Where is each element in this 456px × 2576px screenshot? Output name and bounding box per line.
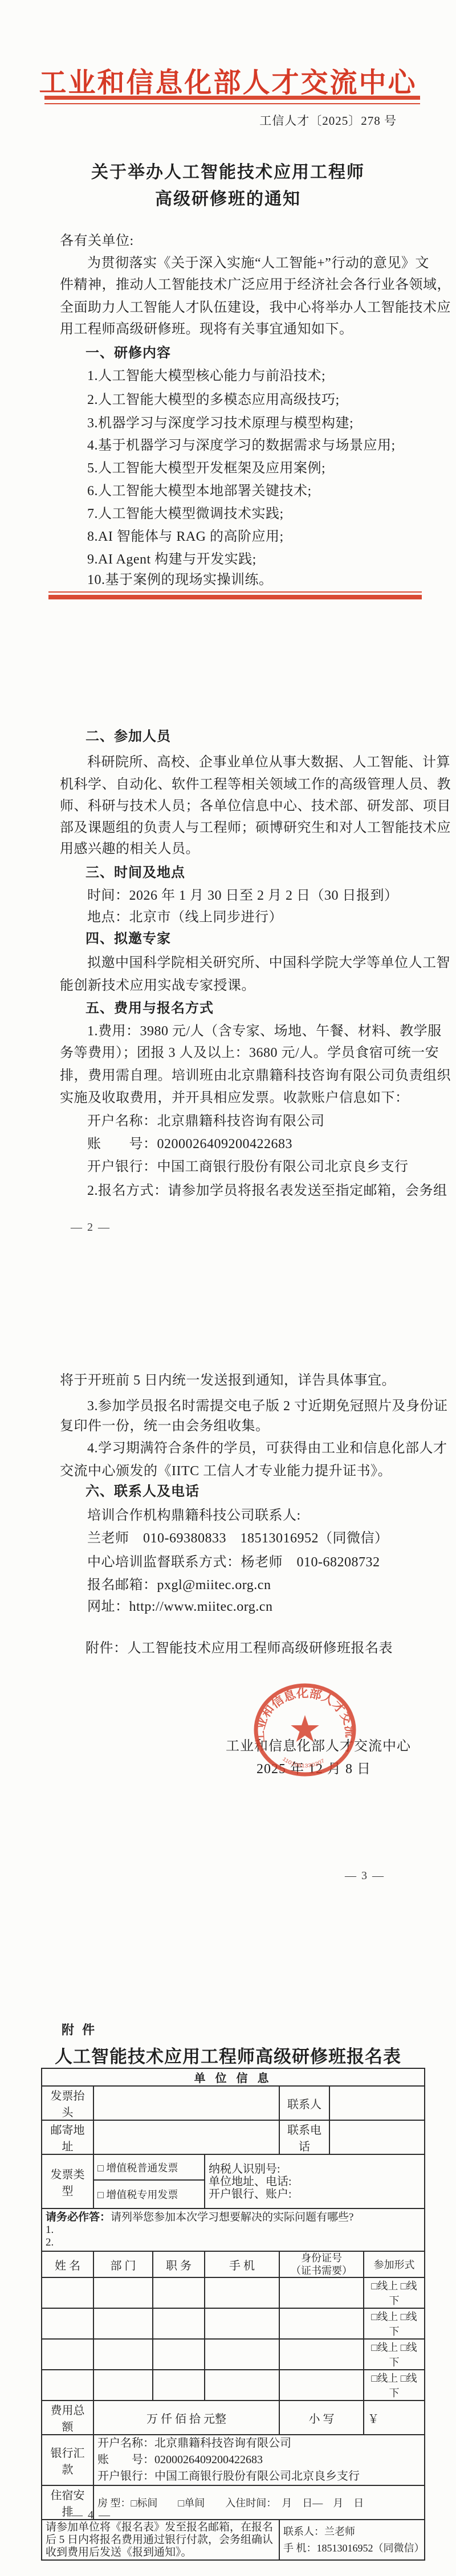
roster-row: □线上 □线下	[42, 2339, 425, 2370]
doc-line: 件精神，推动人工智能技术广泛应用于经济社会各行业各领域，	[60, 273, 451, 296]
roster-row: □线上 □线下	[42, 2308, 425, 2339]
invoice-title-label: 发票抬头	[42, 2086, 93, 2120]
doc-line: 机科学、自动化、软件工程等相关领域工作的高级管理人员、教	[60, 773, 451, 796]
question-lead: 请务必作答：	[46, 2211, 111, 2223]
doc-line: 务等费用）；团报 3 人及以上：3680 元/人。学员食宿可统一安	[60, 1042, 439, 1064]
doc-line: 3.参加学员报名时需提交电子版 2 寸近期免冠照片及身份证	[87, 1395, 448, 1418]
roster-row: □线上 □线下	[42, 2370, 425, 2401]
invoice-type-option-special: □ 增值税专用发票	[93, 2180, 205, 2208]
doc-line: 各有关单位:	[60, 230, 134, 252]
svg-text:1101081330207: 1101081330207	[282, 1756, 325, 1769]
doc-line: 用工程师高级研修班。现将有关事宜通知如下。	[60, 318, 353, 341]
doc-line: 10.基于案例的现场实操训练。	[87, 569, 273, 591]
section-heading: 四、拟邀专家	[85, 928, 171, 950]
doc-line: 中心培训监督联系方式：杨老师 010-68208732	[87, 1551, 380, 1574]
mail-address-input-cell	[93, 2120, 279, 2154]
attend-options-cell: □线上 □线下	[364, 2339, 425, 2370]
contact-phone-label: 联系电话	[279, 2120, 329, 2154]
doc-line: 网址：http://www.miitec.org.cn	[87, 1595, 272, 1618]
roster-cell	[279, 2277, 364, 2308]
notice-title-line2: 高级研修班的通知	[0, 185, 456, 210]
attend-options-cell: □线上 □线下	[364, 2370, 425, 2401]
roster-cell	[93, 2308, 153, 2339]
roster-cell	[42, 2277, 93, 2308]
invoice-type-option-general: □ 增值税普通发票	[93, 2154, 205, 2180]
document: 工业和信息化部人才交流中心 工信人才〔2025〕278 号 关于举办人工智能技术…	[0, 0, 456, 2576]
doc-line: 部及课题组的负责人与工程师；硕博研究生和对人工智能技术应	[60, 817, 451, 839]
question-cell: 请务必作答：请列举您参加本次学习想要解决的实际问题有哪些? 1. 2.	[42, 2208, 425, 2251]
lodging-options-cell: 房 型：□标间 □单间 入住时间： 月 日— 月 日	[93, 2485, 425, 2520]
fee-currency-cell: ￥	[364, 2401, 425, 2435]
document-number: 工信人才〔2025〕278 号	[259, 112, 397, 129]
tax-fields-cell: 纳税人识别号: 单位地址、电话: 开户银行、账户:	[205, 2154, 425, 2208]
doc-line: 实施及收取费用，并开具相应发票。收款账户信息如下：	[60, 1087, 409, 1109]
form-note: 请参加单位将《报名表》发至报名邮箱，在报名后 5 日内将报名费用通过银行付款，会…	[42, 2520, 279, 2560]
section-heading: 五、费用与报名方式	[85, 997, 214, 1020]
fee-total-label: 费用总额	[42, 2401, 93, 2435]
doc-line: 复印件一份，统一由会务组收集。	[60, 1415, 270, 1438]
bank-branch: 开户银行：中国工商银行股份有限公司北京良乡支行	[97, 2468, 421, 2485]
doc-line: 2.人工智能大模型的多模态应用高级技巧;	[87, 389, 340, 411]
form-note-contact: 联系人：兰老师 手 机：18513016952（同微信）	[279, 2520, 425, 2560]
doc-line: 交流中心颁发的《IITC 工信人才专业能力提升证书》。	[60, 1460, 392, 1483]
unit-info-header: 单 位 信 息	[42, 2068, 425, 2086]
bank-remit-label: 银行汇款	[42, 2435, 93, 2485]
doc-line: 开户名称：北京鼎籍科技咨询有限公司	[87, 1110, 325, 1133]
roster-cell	[153, 2339, 205, 2370]
mail-address-label: 邮寄地址	[42, 2120, 93, 2154]
fee-small-label: 小 写	[279, 2401, 364, 2435]
doc-line: 1.人工智能大模型核心能力与前沿技术;	[87, 365, 325, 387]
doc-line: 开户银行：中国工商银行股份有限公司北京良乡支行	[87, 1156, 409, 1178]
roster-header-duty: 职 务	[153, 2251, 205, 2277]
contact-label: 联系人	[279, 2086, 329, 2120]
letterhead-rule-thin	[44, 103, 420, 104]
lodging-label: 住宿安排	[42, 2485, 93, 2520]
section-heading: 三、时间及地点	[85, 862, 185, 884]
roster-cell	[153, 2308, 205, 2339]
doc-line: 将于开班前 5 日内统一发送报到通知，详告具体事宜。	[60, 1369, 396, 1392]
roster-cell	[42, 2370, 93, 2401]
page3-footer: — 3 —	[345, 1869, 385, 1883]
roster-cell	[42, 2308, 93, 2339]
letterhead-org-name: 工业和信息化部人才交流中心	[0, 60, 456, 100]
doc-line: 用感兴趣的相关人员。	[60, 838, 199, 860]
doc-line: 培训合作机构鼎籍科技公司联系人:	[87, 1504, 301, 1527]
roster-cell	[279, 2370, 364, 2401]
bank-account-name: 开户名称：北京鼎籍科技咨询有限公司	[97, 2435, 421, 2452]
roster-header-dept: 部 门	[93, 2251, 153, 2277]
page2-footer: — 2 —	[71, 1221, 111, 1234]
doc-line: 7.人工智能大模型微调技术实践;	[87, 503, 284, 525]
doc-line: 附件：人工智能技术应用工程师高级研修班报名表	[85, 1637, 393, 1660]
seal-code: 1101081330207	[282, 1756, 325, 1769]
note-contact-name: 联系人：兰老师	[283, 2524, 421, 2540]
registration-form-table: 单 位 信 息 发票抬头 联系人 邮寄地址 联系电话 发票类型 □ 增值税普通发…	[41, 2068, 425, 2561]
section-heading: 二、参加人员	[85, 725, 171, 748]
roster-cell	[93, 2277, 153, 2308]
roster-header-id: 身份证号 （证书需要）	[279, 2251, 364, 2277]
roster-cell	[42, 2339, 93, 2370]
roster-cell	[279, 2308, 364, 2339]
page1-rule-thick	[48, 595, 422, 599]
question-item-1: 1.	[46, 2224, 54, 2236]
question-item-2: 2.	[46, 2236, 54, 2248]
bank-remit-details: 开户名称：北京鼎籍科技咨询有限公司 账 号：020002640920042268…	[93, 2435, 425, 2485]
roster-cell	[205, 2339, 279, 2370]
doc-line: 2.报名方式：请参加学员将报名表发送至指定邮箱，会务组	[87, 1179, 447, 1202]
doc-line: 时间：2026 年 1 月 30 日至 2 月 2 日（30 日报到）	[87, 884, 398, 907]
attend-options-cell: □线上 □线下	[364, 2277, 425, 2308]
doc-line: 兰老师 010-69380833 18513016952（同微信）	[87, 1527, 389, 1550]
doc-line: 报名邮箱：pxgl@miitec.org.cn	[87, 1574, 271, 1597]
section-heading: 一、研修内容	[85, 342, 171, 365]
doc-line: 能创新技术应用实战专家授课。	[60, 974, 255, 997]
section-heading: 六、联系人及电话	[85, 1480, 199, 1503]
doc-line: 地点：北京市（线上同步进行）	[87, 906, 283, 929]
letterhead-rule-thick	[44, 96, 420, 100]
bank-account-number: 账 号：0200026409200422683	[97, 2452, 421, 2468]
doc-line: 3.机器学习与深度学习技术原理与模型构建;	[87, 412, 353, 435]
roster-header-name: 姓 名	[42, 2251, 93, 2277]
doc-line: 为贯彻落实《关于深入实施“人工智能+”行动的意见》文	[87, 252, 429, 275]
doc-line: 账 号：0200026409200422683	[87, 1133, 292, 1156]
doc-line: 5.人工智能大模型开发框架及应用案例;	[87, 457, 325, 480]
roster-row: □线上 □线下	[42, 2277, 425, 2308]
doc-line: 拟邀中国科学院相关研究所、中国科学院大学等单位人工智	[87, 952, 450, 974]
attend-options-cell: □线上 □线下	[364, 2308, 425, 2339]
doc-line: 4.基于机器学习与深度学习的数据需求与场景应用;	[87, 434, 396, 457]
roster-cell	[279, 2339, 364, 2370]
note-contact-phone: 手 机：18513016952（同微信）	[283, 2540, 421, 2557]
roster-cell	[93, 2370, 153, 2401]
doc-line: 8.AI 智能体与 RAG 的高阶应用;	[87, 525, 284, 548]
attachment-label: 附 件	[62, 2020, 97, 2038]
invoice-type-label: 发票类型	[42, 2154, 93, 2208]
fee-amount-caps: 万 仟 佰 拾 元整	[93, 2401, 279, 2435]
invoice-title-input-cell	[93, 2086, 279, 2120]
contact-input-cell	[329, 2086, 425, 2120]
roster-cell	[205, 2308, 279, 2339]
doc-line: 排，费用需自理。培训班由北京鼎籍科技咨询有限公司负责组织	[60, 1064, 451, 1087]
roster-cell	[205, 2370, 279, 2401]
roster-cell	[205, 2277, 279, 2308]
doc-line: 全面助力人工智能人才队伍建设，我中心将举办人工智能技术应	[60, 296, 451, 319]
doc-line: 6.人工智能大模型本地部署关键技术;	[87, 480, 312, 503]
roster-cell	[93, 2339, 153, 2370]
doc-line: 9.AI Agent 构建与开发实践;	[87, 548, 256, 571]
contact-phone-input-cell	[329, 2120, 425, 2154]
notice-title-line1: 关于举办人工智能技术应用工程师	[0, 158, 456, 183]
doc-line: 师、科研与技术人员；各单位信息中心、技术部、研发部、项目	[60, 795, 451, 818]
doc-line: 4.学习期满符合条件的学员，可获得由工业和信息化部人才	[87, 1437, 447, 1460]
doc-line: 1.费用：3980 元/人（含专家、场地、午餐、材料、教学服	[87, 1020, 442, 1043]
roster-header-phone: 手 机	[205, 2251, 279, 2277]
roster-header-attend: 参加形式	[364, 2251, 425, 2277]
official-seal: 工业和信息化部人才交流中心 1101081330207	[251, 1681, 359, 1779]
roster-cell	[153, 2277, 205, 2308]
seal-star-icon	[291, 1715, 319, 1742]
question-text: 请列举您参加本次学习想要解决的实际问题有哪些?	[111, 2211, 353, 2223]
registration-form-title: 人工智能技术应用工程师高级研修班报名表	[0, 2042, 456, 2068]
roster-cell	[153, 2370, 205, 2401]
page1-rule-thin	[48, 591, 422, 593]
doc-line: 科研院所、高校、企事业单位从事大数据、人工智能、计算	[87, 751, 450, 774]
